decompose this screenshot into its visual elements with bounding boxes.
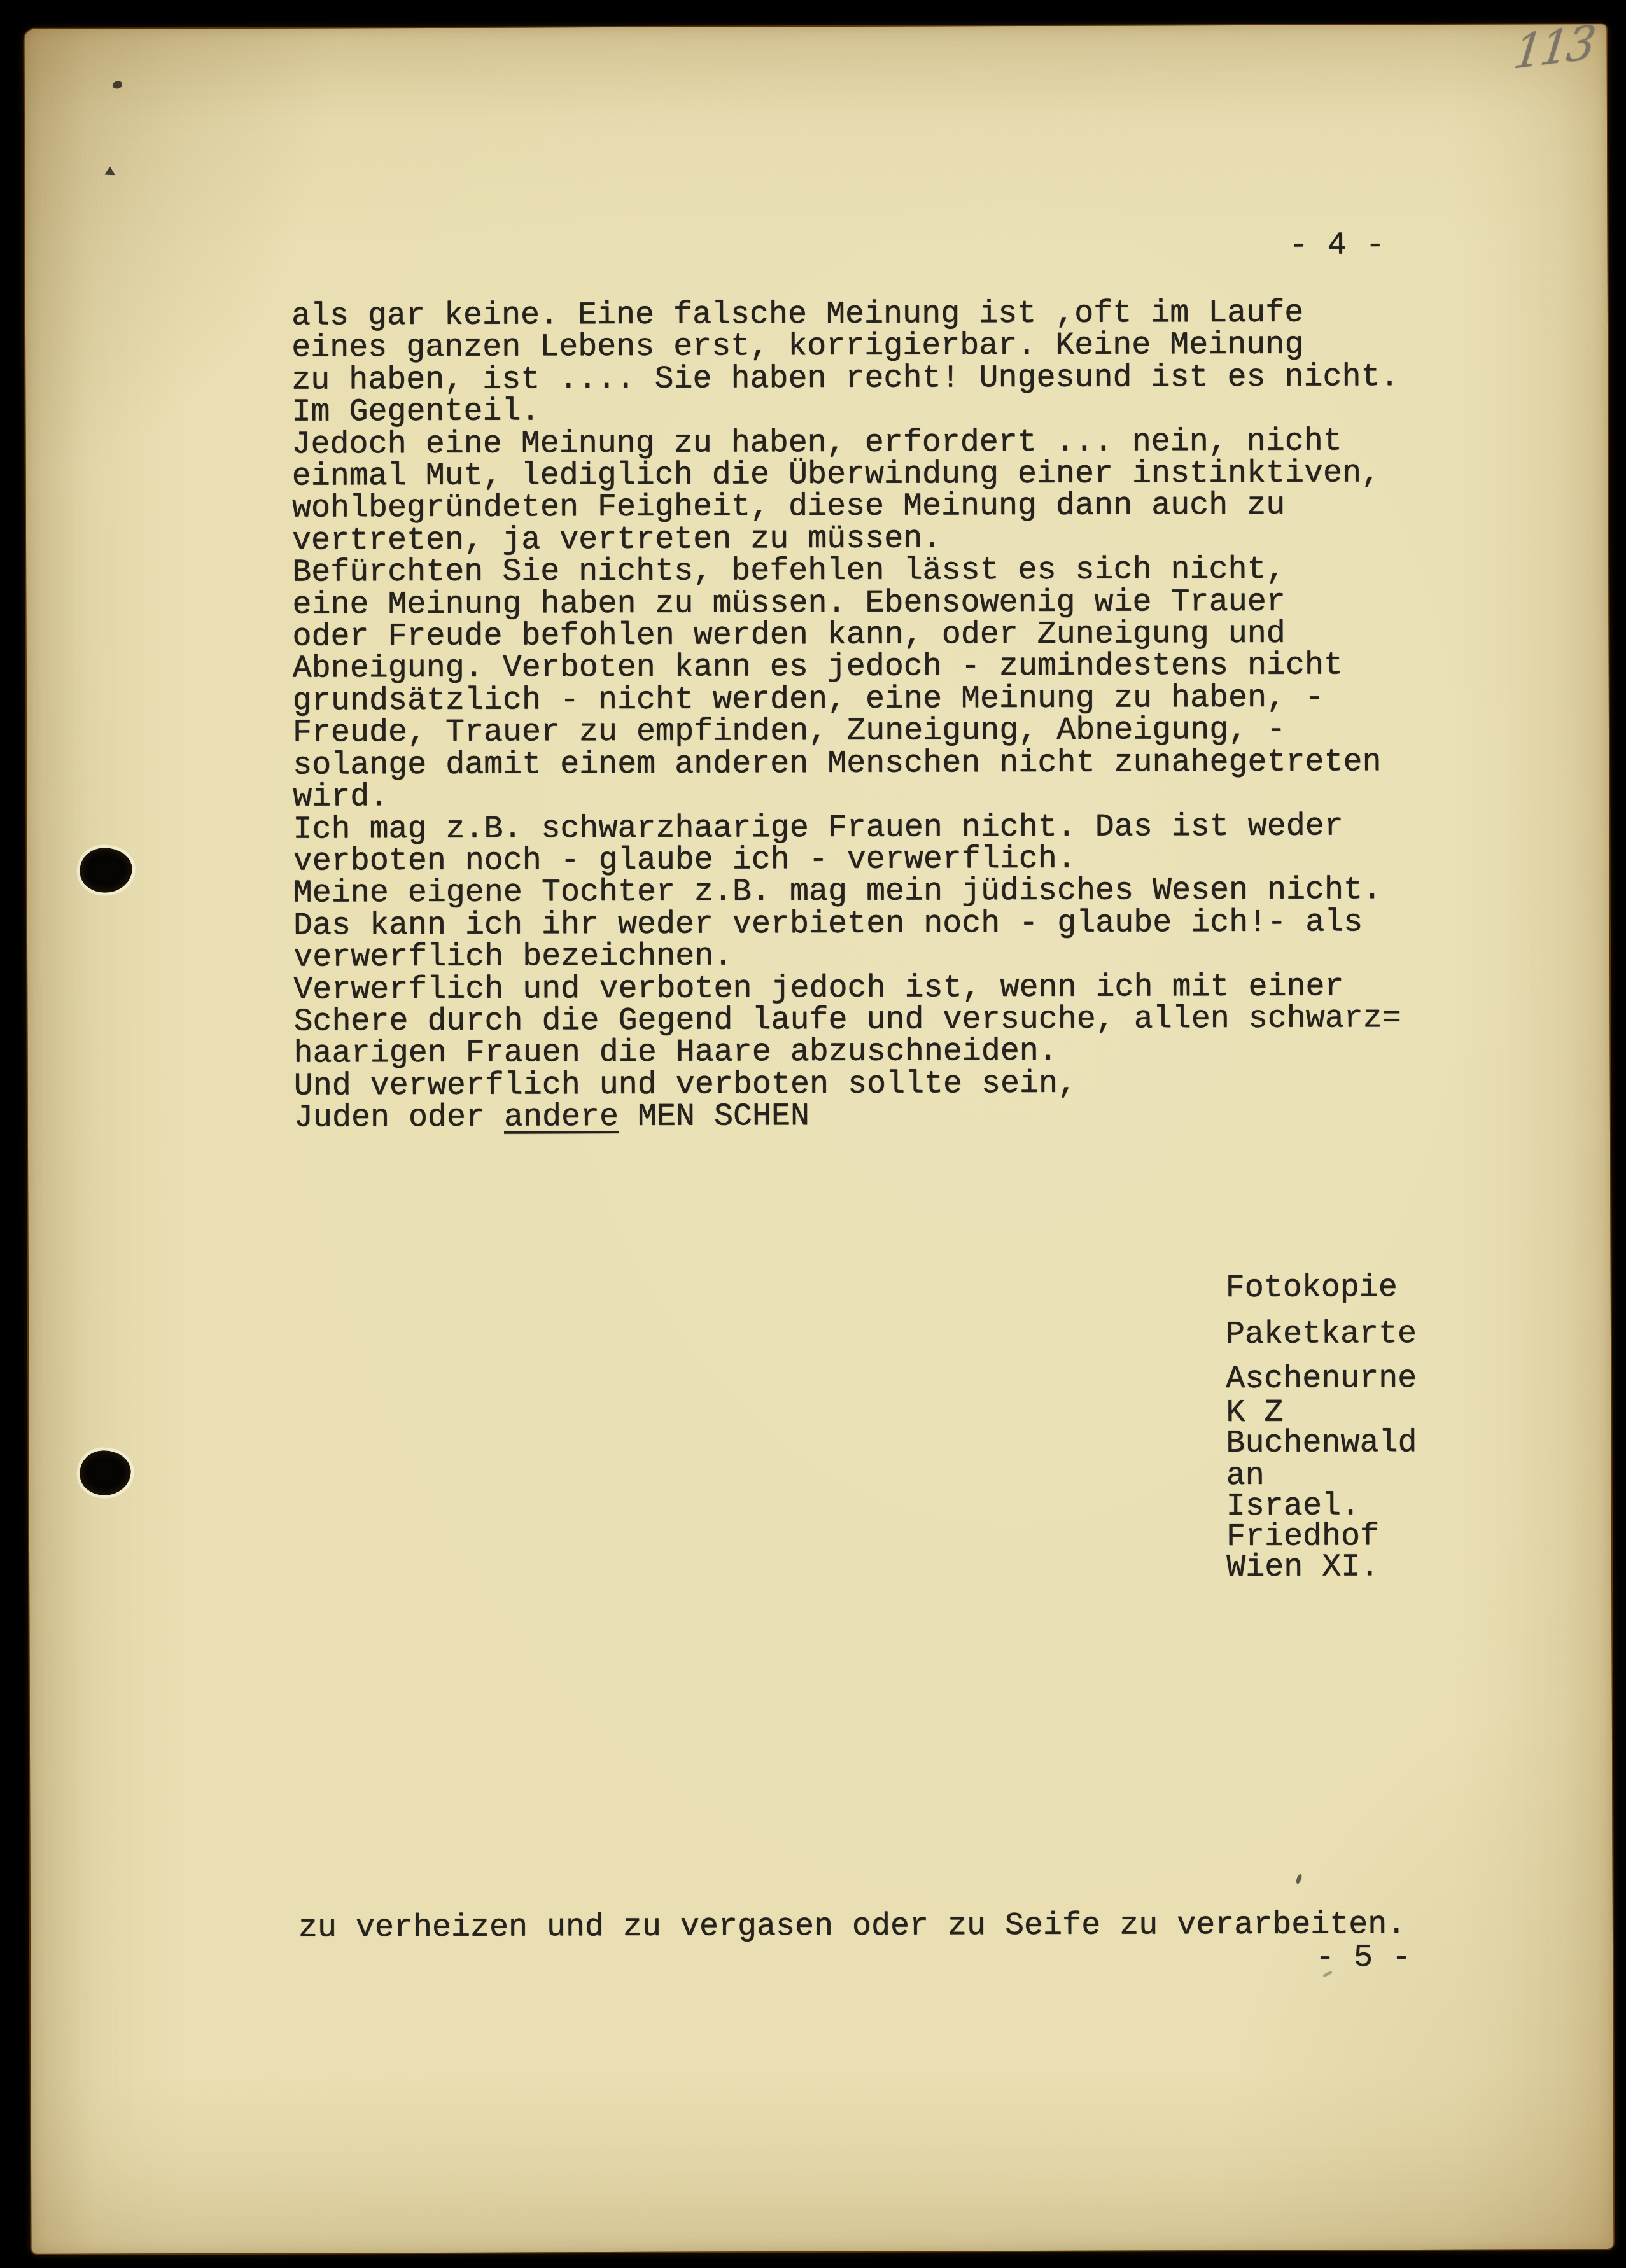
body-last-line-suffix: MEN SCHEN — [619, 1098, 809, 1135]
annotation-item: Fotokopie — [1226, 1273, 1417, 1304]
annotation-column: FotokopiePaketkarteAschenurneK ZBuchenwa… — [1226, 1273, 1418, 1583]
annotation-item: Buchenwald — [1226, 1428, 1417, 1459]
annotation-item: an — [1226, 1460, 1417, 1492]
body-line: zu haben, ist .... Sie haben recht! Unge… — [291, 361, 1399, 397]
body-last-line-underlined-word: andere — [504, 1099, 619, 1136]
annotation-item: Wien XI. — [1226, 1552, 1417, 1583]
annotation-item: Paketkarte — [1226, 1319, 1417, 1350]
annotation-item: K Z — [1226, 1397, 1417, 1429]
body-line: haarigen Frauen die Haare abzuschneiden. — [293, 1035, 1401, 1070]
body-line: wohlbegründeten Feigheit, diese Meinung … — [292, 490, 1399, 526]
annotation-item: Israel. — [1226, 1491, 1417, 1522]
body-line: Das kann ich ihr weder verbieten noch - … — [293, 907, 1401, 942]
body-last-line-prefix: Juden oder — [294, 1100, 504, 1137]
body-line: solange damit einem anderen Menschen nic… — [293, 746, 1400, 782]
page-number-bottom: - 5 - — [1315, 1942, 1411, 1975]
body-line: Und verwerflich und verboten sollte sein… — [294, 1067, 1401, 1103]
punch-hole-top — [80, 848, 132, 892]
annotation-item: Aschenurne — [1226, 1364, 1417, 1395]
punch-hole-bottom — [80, 1450, 131, 1495]
body-line: Schere durch die Gegend laufe und versuc… — [293, 1003, 1401, 1039]
footer-line: zu verheizen und zu vergasen oder zu Sei… — [298, 1909, 1406, 1945]
scanned-document-page: 113 - 4 - als gar keine. Eine falsche Me… — [0, 0, 1626, 2268]
body-line: Ich mag z.B. schwarzhaarige Frauen nicht… — [293, 811, 1400, 846]
ink-speck — [113, 81, 122, 88]
body-last-line: Juden oder andere MEN SCHEN — [294, 1101, 809, 1135]
page-number-top: - 4 - — [1289, 230, 1385, 262]
handwritten-page-number: 113 — [1511, 15, 1597, 80]
annotation-item: Friedhof — [1226, 1522, 1417, 1553]
ink-speck — [104, 166, 115, 175]
body-text: als gar keine. Eine falsche Meinung ist … — [291, 297, 1401, 1103]
ink-speck — [1295, 1873, 1303, 1884]
paper-sheet: 113 - 4 - als gar keine. Eine falsche Me… — [25, 24, 1614, 2254]
